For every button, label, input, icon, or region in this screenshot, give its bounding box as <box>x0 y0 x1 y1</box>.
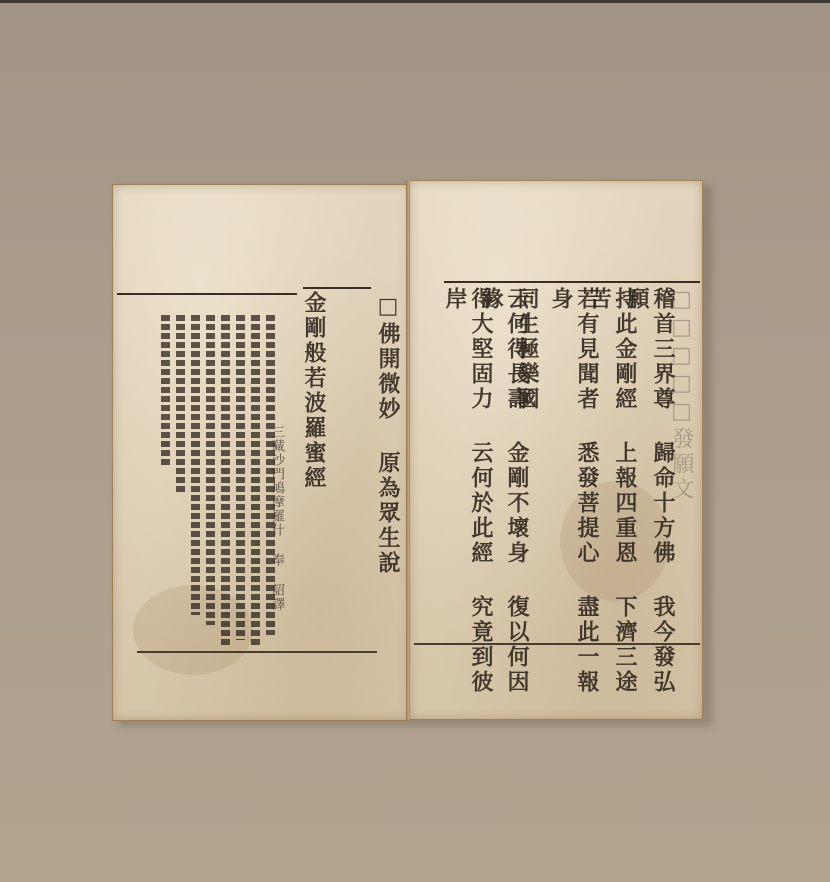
commentary-line <box>191 315 200 615</box>
top-border <box>0 0 830 3</box>
right-page: □□□□□發願文 稽首三界尊 歸命十方佛 我今發弘願 持此金剛經 上報四重恩 下… <box>410 180 703 720</box>
left-page: 三藏沙門鳩摩羅什 奉 詔譯 金剛般若波羅蜜經 □佛開微妙 原為眾生說 <box>112 184 409 721</box>
commentary-line <box>251 315 260 645</box>
translator-line: 三藏沙門鳩摩羅什 奉 詔譯 <box>269 425 284 611</box>
top-rule <box>117 293 297 295</box>
commentary-line <box>236 315 245 640</box>
top-rule <box>303 287 371 289</box>
left-column-1: □佛開微妙 原為眾生說 <box>375 293 401 576</box>
commentary-line <box>176 315 185 495</box>
commentary-block <box>125 315 275 645</box>
commentary-line <box>206 315 215 625</box>
bottom-rule <box>137 651 377 653</box>
right-column-3: 若有見聞者 悉發菩提心 盡此一報身 <box>548 287 600 719</box>
commentary-line <box>221 315 230 645</box>
commentary-line <box>161 315 170 465</box>
open-book: 三藏沙門鳩摩羅什 奉 詔譯 金剛般若波羅蜜經 □佛開微妙 原為眾生說 □□□□□… <box>112 180 706 720</box>
right-column-6: 得大堅固力 云何於此經 究竟到彼岸 <box>442 287 494 719</box>
top-rule <box>444 281 700 283</box>
sutra-title: 金剛般若波羅蜜經 <box>301 291 327 491</box>
